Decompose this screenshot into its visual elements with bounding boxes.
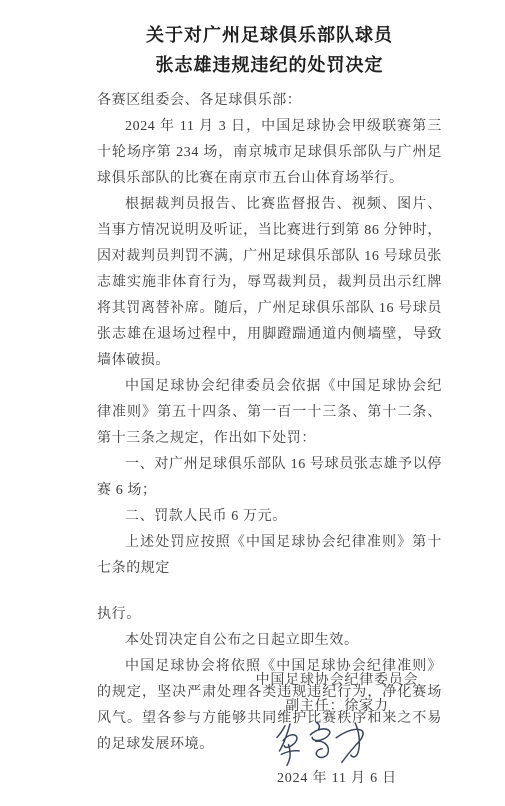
paragraph-execution-continuation: 执行。 bbox=[97, 602, 442, 628]
signature-date: 2024 年 11 月 6 日 bbox=[197, 766, 477, 792]
document-title: 关于对广州足球俱乐部队球员 张志雄违规违纪的处罚决定 bbox=[97, 20, 442, 80]
document-page: 关于对广州足球俱乐部队球员 张志雄违规违纪的处罚决定 各赛区组委会、各足球俱乐部… bbox=[0, 0, 505, 806]
paragraph-execution-rule: 上述处罚应按照《中国足球协会纪律准则》第十七条的规定 bbox=[97, 530, 442, 582]
penalty-item-1: 一、对广州足球俱乐部队 16 号球员张志雄予以停赛 6 场； bbox=[97, 452, 442, 504]
title-line-1: 关于对广州足球俱乐部队球员 bbox=[97, 20, 442, 50]
paragraph-match-info: 2024 年 11 月 3 日，中国足球协会甲级联赛第三十轮场序第 234 场，… bbox=[97, 114, 442, 192]
paragraph-incident: 根据裁判员报告、比赛监督报告、视频、图片、当事方情况说明及听证，当比赛进行到第 … bbox=[97, 192, 442, 374]
signature-org: 中国足球协会纪律委员会 bbox=[197, 668, 477, 694]
penalty-item-2: 二、罚款人民币 6 万元。 bbox=[97, 504, 442, 530]
signature-block: 中国足球协会纪律委员会 副主任：徐家力 2024 年 11 月 6 日 bbox=[197, 668, 477, 792]
handwritten-signature-icon bbox=[265, 715, 377, 769]
salutation: 各赛区组委会、各足球俱乐部： bbox=[97, 88, 442, 114]
paragraph-basis: 中国足球协会纪律委员会依据《中国足球协会纪律准则》第五十四条、第一百一十三条、第… bbox=[97, 374, 442, 452]
document-body: 各赛区组委会、各足球俱乐部： 2024 年 11 月 3 日，中国足球协会甲级联… bbox=[97, 88, 442, 758]
paragraph-effective-date: 本处罚决定自公布之日起立即生效。 bbox=[97, 628, 442, 654]
title-line-2: 张志雄违规违纪的处罚决定 bbox=[97, 50, 442, 80]
